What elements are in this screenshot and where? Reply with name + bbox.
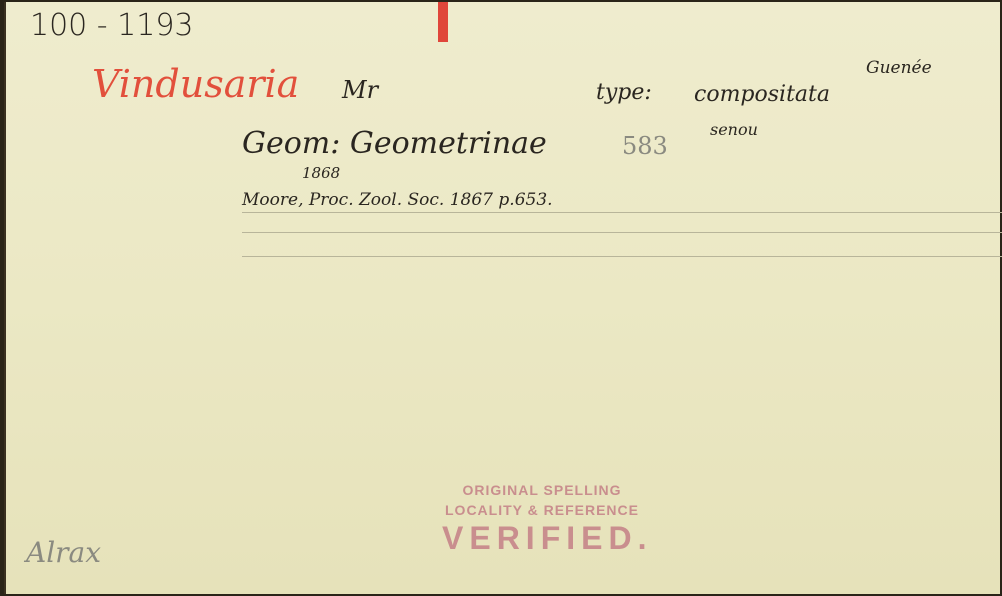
stamp-line-2: LOCALITY & REFERENCE xyxy=(442,502,642,518)
rule-line xyxy=(242,256,1002,257)
type-author: Guenée xyxy=(866,58,932,78)
catalog-number: 100 - 1193 xyxy=(30,8,194,43)
verification-stamp: ORIGINAL SPELLING LOCALITY & REFERENCE V… xyxy=(442,482,642,557)
classification: Geom: Geometrinae xyxy=(242,126,547,161)
reference: Moore, Proc. Zool. Soc. 1867 p.653. xyxy=(242,190,553,210)
pencil-note: Alrax xyxy=(26,536,101,569)
index-card: 100 - 1193 Vindusaria Mr type: composita… xyxy=(4,2,1000,594)
type-label: type: xyxy=(596,80,652,105)
year-correction: 1868 xyxy=(302,164,340,182)
genus-suffix: Mr xyxy=(342,76,378,104)
genus-name: Vindusaria xyxy=(92,62,299,106)
type-note: senou xyxy=(710,120,758,139)
rule-line xyxy=(242,232,1002,233)
type-species: compositata xyxy=(694,82,830,107)
rule-line xyxy=(242,212,1002,213)
red-tab-marker xyxy=(438,2,448,42)
classification-number: 583 xyxy=(622,132,668,160)
stamp-line-3: VERIFIED. xyxy=(442,520,642,557)
stamp-line-1: ORIGINAL SPELLING xyxy=(442,482,642,498)
